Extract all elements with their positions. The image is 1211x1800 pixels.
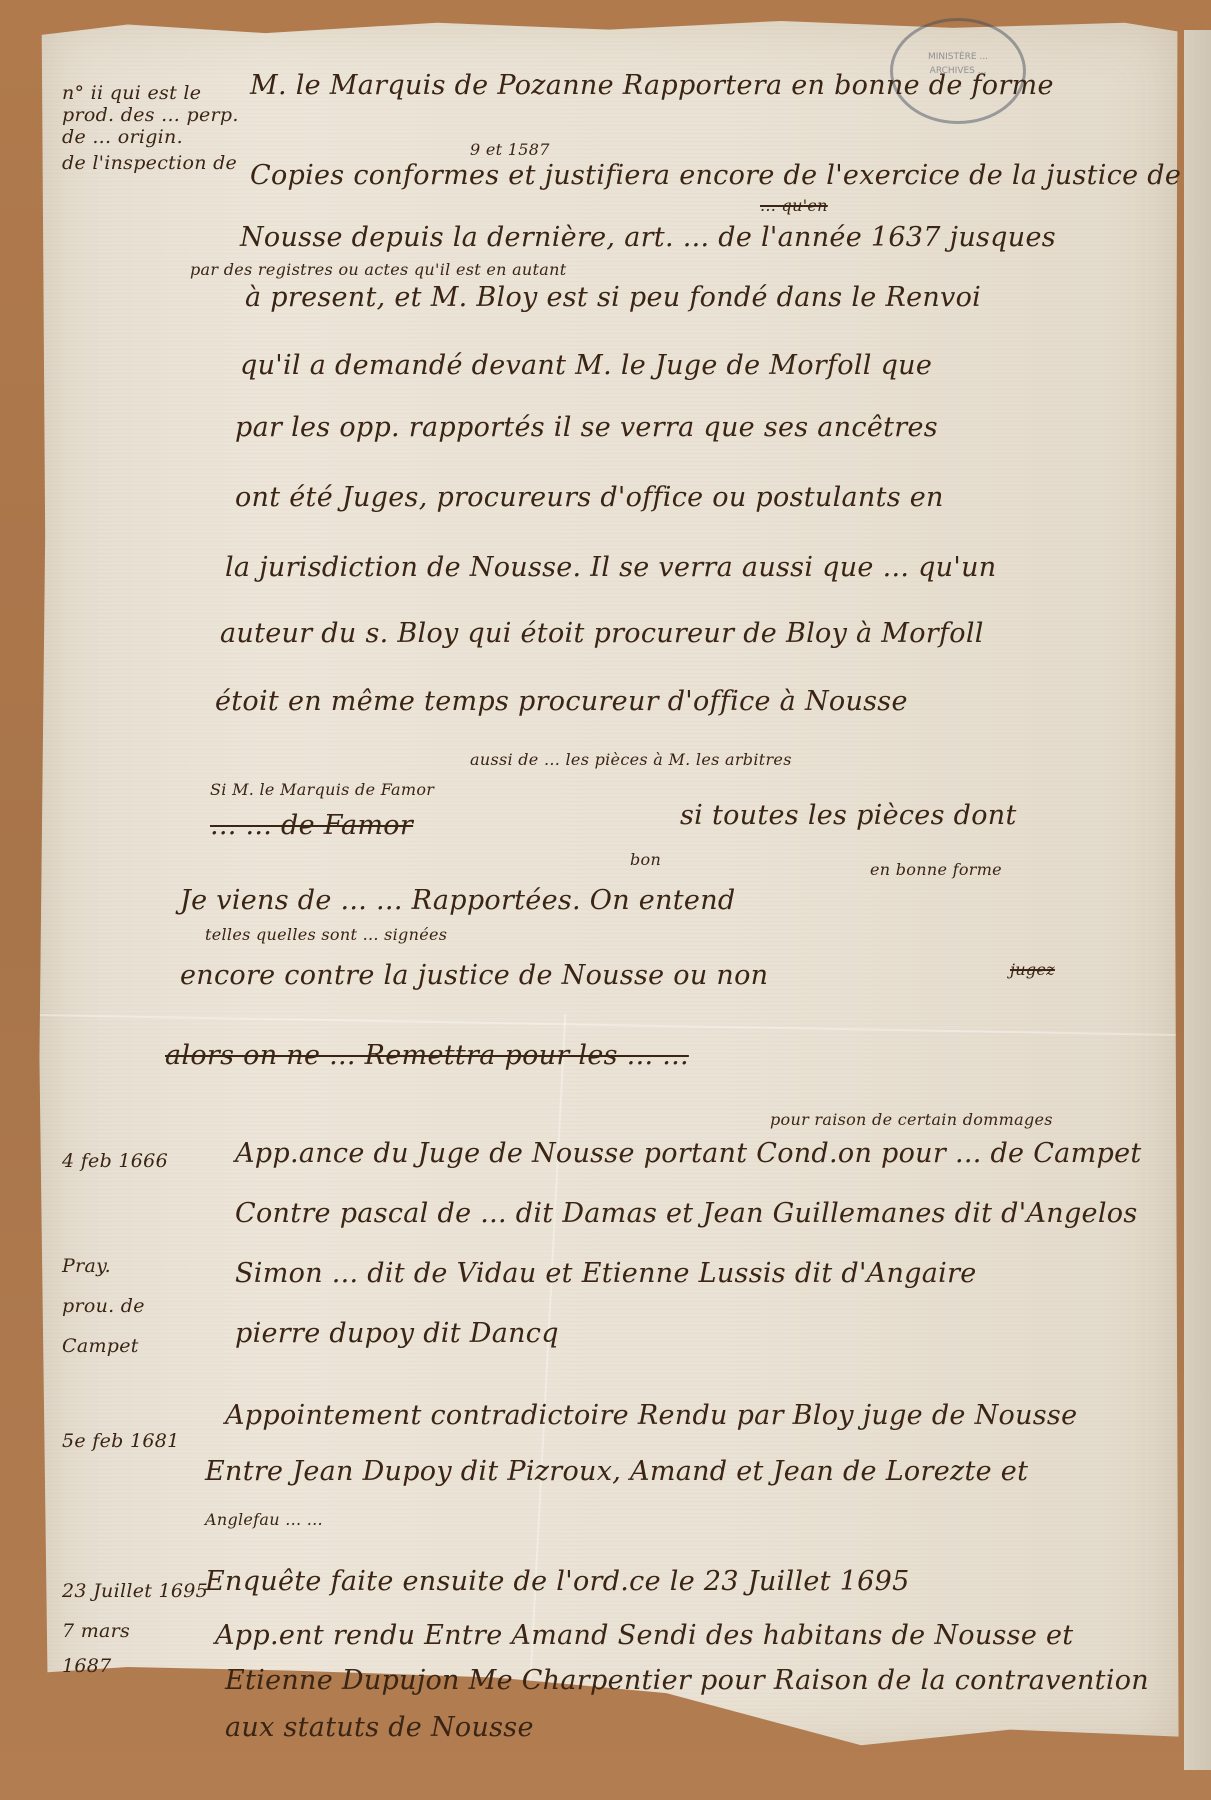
text-line: Nousse depuis la dernière, art. ... de l… [240, 222, 1056, 253]
text-line: Si M. le Marquis de Famor [210, 780, 434, 799]
text-line: Je viens de ... ... Rapportées. On enten… [180, 885, 735, 916]
margin-note: 4 feb 1666 [62, 1150, 168, 1172]
text-line: App.ance du Juge de Nousse portant Cond.… [235, 1138, 1142, 1169]
struck-text-line: alors on ne ... Remettra pour les ... ..… [165, 1040, 689, 1071]
text-line: 9 et 1587 [470, 140, 550, 159]
text-line: Entre Jean Dupoy dit Pizroux, Amand et J… [205, 1456, 1028, 1487]
paper-crease [528, 1014, 567, 1713]
text-line: auteur du s. Bloy qui étoit procureur de… [220, 618, 984, 649]
text-line: Simon ... dit de Vidau et Etienne Lussis… [235, 1258, 977, 1289]
text-line: telles quelles sont ... signées [205, 925, 447, 944]
margin-note: prou. de [62, 1295, 145, 1317]
text-line: Etienne Dupujon Me Charpentier pour Rais… [225, 1665, 1149, 1696]
margin-note: 5e feb 1681 [62, 1430, 180, 1452]
paper-fold-line [36, 1014, 1182, 1036]
text-line: qu'il a demandé devant M. le Juge de Mor… [240, 350, 932, 381]
text-line: Appointement contradictoire Rendu par Bl… [225, 1400, 1077, 1431]
text-line: en bonne forme [870, 860, 1002, 879]
text-line: par les opp. rapportés il se verra que s… [235, 412, 938, 443]
struck-text-line: jugez [1010, 960, 1055, 979]
margin-note: prod. des ... perp. [62, 104, 239, 126]
text-line: pierre dupoy dit Dancq [235, 1318, 559, 1349]
text-line: M. le Marquis de Pozanne Rapportera en b… [250, 70, 1054, 101]
text-line: si toutes les pièces dont [680, 800, 1017, 831]
text-line: encore contre la justice de Nousse ou no… [180, 960, 768, 991]
adjacent-page-edge [1184, 30, 1211, 1770]
text-line: App.ent rendu Entre Amand Sendi des habi… [215, 1620, 1073, 1651]
struck-text-line: ... ... de Famor [210, 810, 413, 841]
text-line: aux statuts de Nousse [225, 1712, 534, 1743]
text-line: par des registres ou actes qu'il est en … [190, 260, 566, 279]
text-line: la jurisdiction de Nousse. Il se verra a… [225, 552, 996, 583]
text-line: pour raison de certain dommages [770, 1110, 1053, 1129]
text-line: bon [630, 850, 661, 869]
stamp-line: MINISTÈRE ... [928, 52, 988, 62]
margin-note: de ... origin. [62, 126, 183, 148]
margin-note: n° ii qui est le [62, 82, 201, 104]
margin-note: Pray. [62, 1255, 111, 1277]
margin-note: 1687 [62, 1655, 112, 1677]
text-line: Contre pascal de ... dit Damas et Jean G… [235, 1198, 1138, 1229]
text-line: Anglefau ... ... [205, 1510, 323, 1529]
text-line: ont été Juges, procureurs d'office ou po… [235, 482, 944, 513]
text-line: aussi de ... les pièces à M. les arbitre… [470, 750, 792, 769]
text-line: étoit en même temps procureur d'office à… [215, 686, 908, 717]
text-line: Copies conformes et justifiera encore de… [250, 160, 1181, 191]
text-line: Enquête faite ensuite de l'ord.ce le 23 … [205, 1566, 910, 1597]
margin-note: 23 Juillet 1695 [62, 1580, 208, 1602]
margin-note: Campet [62, 1335, 139, 1357]
struck-text-line: ... qu'en [760, 196, 828, 215]
text-line: à present, et M. Bloy est si peu fondé d… [245, 282, 981, 313]
margin-note: 7 mars [62, 1620, 130, 1642]
margin-note: de l'inspection de [62, 152, 237, 174]
